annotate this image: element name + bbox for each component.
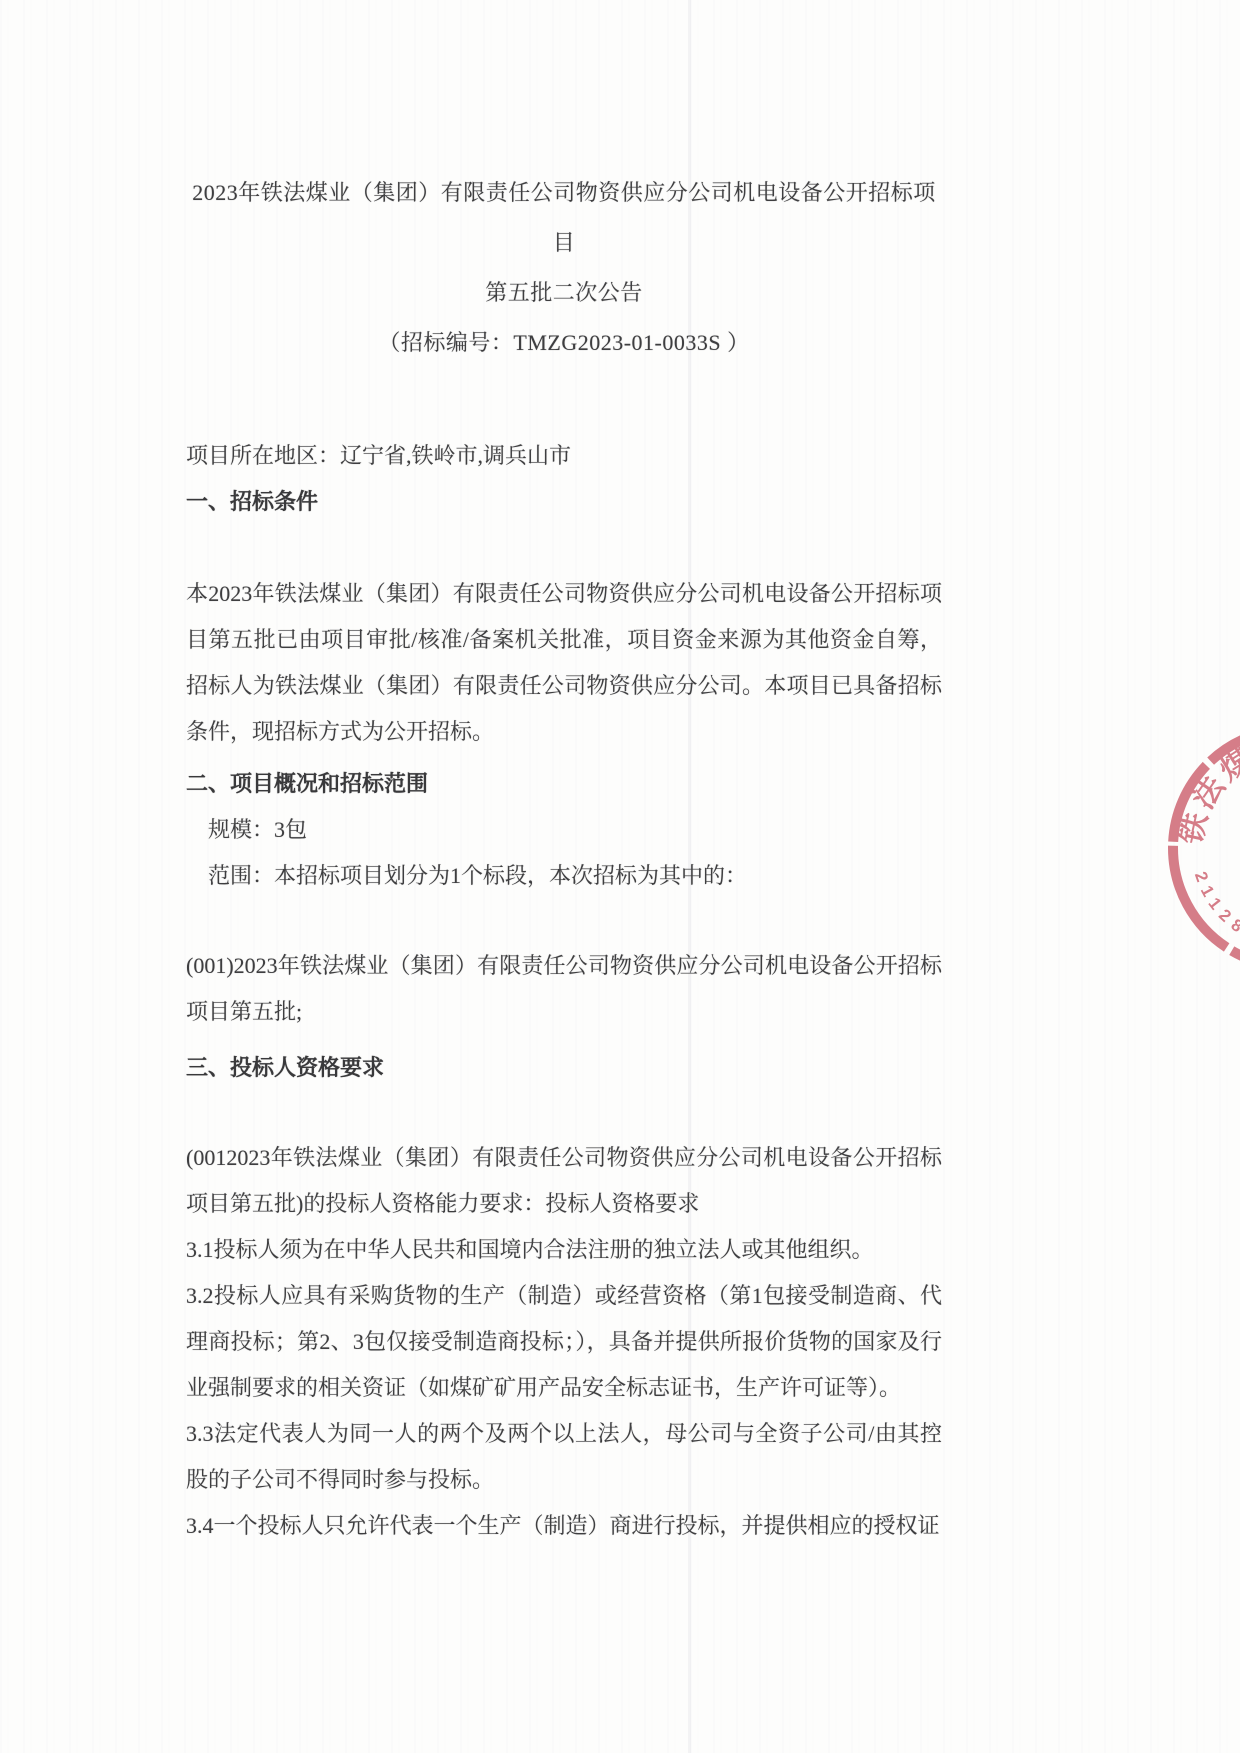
stamp-registration-code-arc: 21128100100: [1191, 869, 1240, 953]
requirement-3-3: 3.3法定代表人为同一人的两个及两个以上法人，母公司与全资子公司/由其控股的子公…: [186, 1411, 942, 1503]
scope-line: 范围：本招标项目划分为1个标段，本次招标为其中的：: [186, 853, 942, 899]
requirement-3-2: 3.2投标人应具有采购货物的生产（制造）或经营资格（第1包接受制造商、代理商投标…: [186, 1273, 942, 1411]
requirement-3-4: 3.4一个投标人只允许代表一个生产（制造）商进行投标，并提供相应的授权证: [186, 1503, 942, 1549]
requirement-3-1: 3.1投标人须为在中华人民共和国境内合法注册的独立法人或其他组织。: [186, 1227, 942, 1273]
document-title-line2: 第五批二次公告: [186, 268, 942, 318]
stamp-outer-ring: [1173, 729, 1240, 967]
scale-line: 规模：3包: [186, 807, 942, 853]
document-page: 2023年铁法煤业（集团）有限责任公司物资供应分公司机电设备公开招标项目 第五批…: [0, 0, 1240, 1753]
document-title-line1: 2023年铁法煤业（集团）有限责任公司物资供应分公司机电设备公开招标项目: [186, 168, 942, 268]
section1-heading: 一、招标条件: [186, 479, 942, 525]
tender-number-line: （招标编号：TMZG2023-01-0033S ）: [186, 318, 942, 368]
stamp-company-name-arc: 铁法煤业: [1173, 729, 1240, 848]
project-location-line: 项目所在地区：辽宁省,铁岭市,调兵山市: [186, 433, 942, 479]
section3-intro-paragraph: (0012023年铁法煤业（集团）有限责任公司物资供应分公司机电设备公开招标项目…: [186, 1135, 942, 1227]
section2-heading: 二、项目概况和招标范围: [186, 761, 942, 807]
section1-paragraph: 本2023年铁法煤业（集团）有限责任公司物资供应分公司机电设备公开招标项目第五批…: [186, 571, 942, 755]
document-content: 2023年铁法煤业（集团）有限责任公司物资供应分公司机电设备公开招标项目 第五批…: [186, 0, 942, 1549]
section3-heading: 三、投标人资格要求: [186, 1045, 942, 1091]
lot-001-paragraph: (001)2023年铁法煤业（集团）有限责任公司物资供应分公司机电设备公开招标项…: [186, 943, 942, 1035]
